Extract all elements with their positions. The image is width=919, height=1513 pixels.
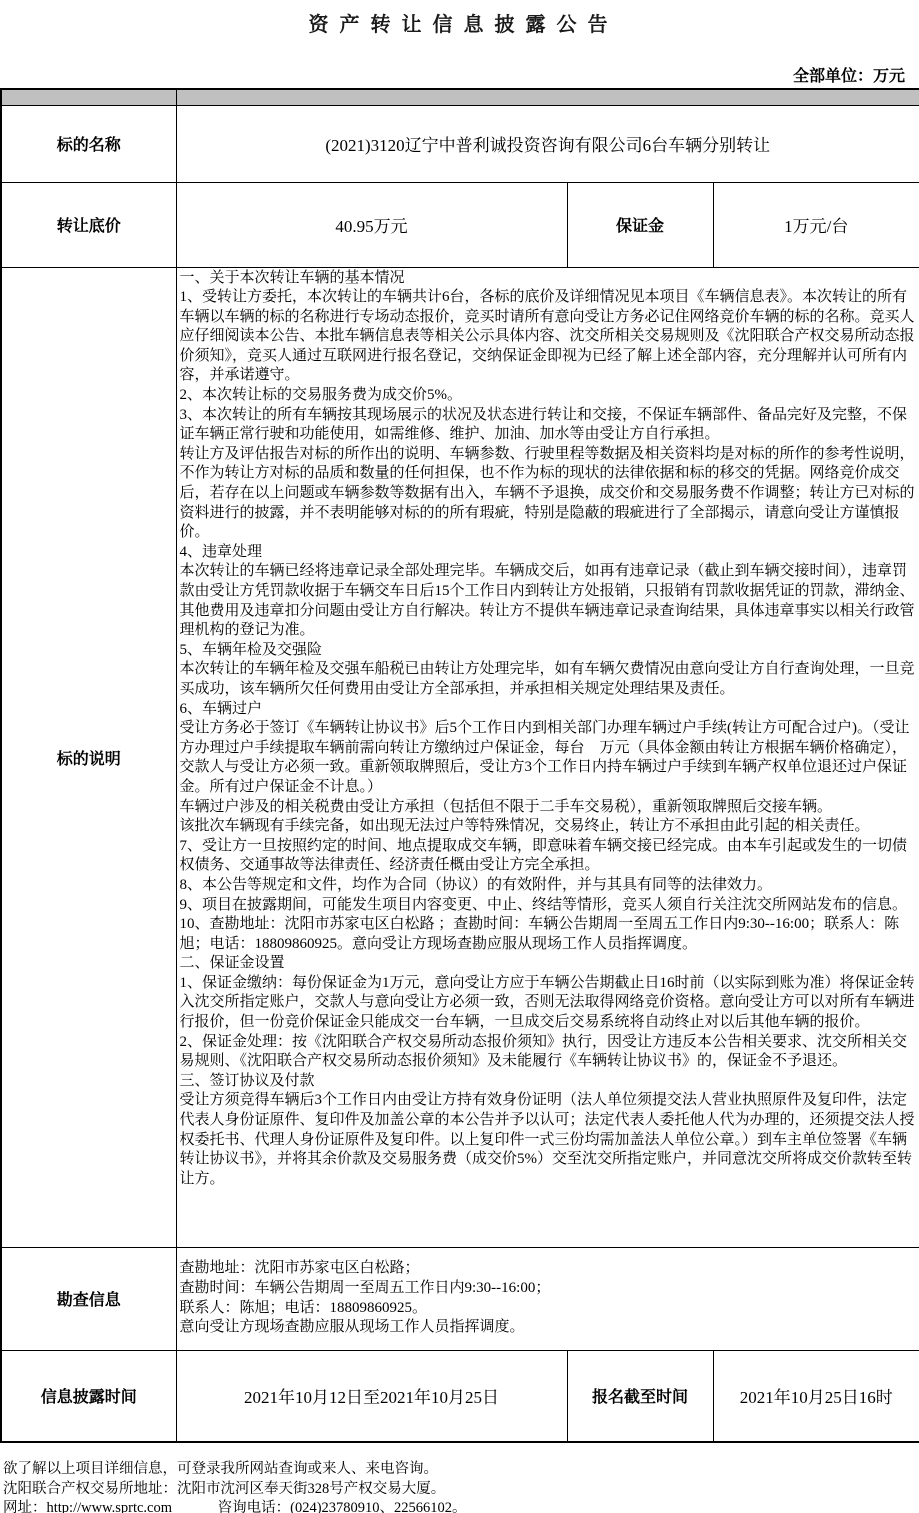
deposit-value: 1万元/台 — [713, 182, 919, 267]
survey-row: 勘查信息 查勘地址：沈阳市苏家屯区白松路； 查勘时间：车辆公告期周一至周五工作日… — [1, 1247, 919, 1350]
unit-note: 全部单位：万元 — [0, 68, 919, 86]
table-header-row — [1, 89, 919, 105]
base-price-label: 转让底价 — [1, 182, 176, 267]
header-cell-right — [176, 89, 919, 105]
survey-label: 勘查信息 — [1, 1247, 176, 1350]
disclosure-period-label: 信息披露时间 — [1, 1350, 176, 1442]
base-price-value: 40.95万元 — [176, 182, 567, 267]
disclosure-row: 信息披露时间 2021年10月12日至2021年10月25日 报名截至时间 20… — [1, 1350, 919, 1442]
footer-address-line: 沈阳联合产权交易所地址：沈阳市沈河区奉天街328号产权交易大厦。 — [3, 1480, 919, 1500]
registration-deadline-value: 2021年10月25日16时 — [713, 1350, 919, 1442]
page-title: 资 产 转 让 信 息 披 露 公 告 — [0, 0, 919, 37]
footer-contact-line: 网址：http://www.sprtc.com 咨询电话：(024)237809… — [3, 1499, 919, 1513]
survey-text: 查勘地址：沈阳市苏家屯区白松路； 查勘时间：车辆公告期周一至周五工作日内9:30… — [176, 1247, 919, 1350]
description-row: 标的说明 一、关于本次转让车辆的基本情况 1、受转让方委托，本次转让的车辆共计6… — [1, 267, 919, 1247]
disclosure-period-value: 2021年10月12日至2021年10月25日 — [176, 1350, 567, 1442]
description-text: 一、关于本次转让车辆的基本情况 1、受转让方委托，本次转让的车辆共计6台，各标的… — [176, 267, 919, 1247]
footer-phone: 咨询电话：(024)23780910、22566102。 — [218, 1500, 467, 1513]
subject-name-row: 标的名称 (2021)3120辽宁中普利诚投资咨询有限公司6台车辆分别转让 — [1, 105, 919, 182]
header-cell-left — [1, 89, 176, 105]
description-label: 标的说明 — [1, 267, 176, 1247]
announcement-table: 标的名称 (2021)3120辽宁中普利诚投资咨询有限公司6台车辆分别转让 转让… — [0, 88, 919, 1443]
footer: 欲了解以上项目详细信息，可登录我所网站查询或来人、来电咨询。 沈阳联合产权交易所… — [0, 1460, 919, 1513]
footer-website: 网址：http://www.sprtc.com — [3, 1500, 172, 1513]
subject-name-label: 标的名称 — [1, 105, 176, 182]
price-row: 转让底价 40.95万元 保证金 1万元/台 — [1, 182, 919, 267]
deposit-label: 保证金 — [567, 182, 713, 267]
registration-deadline-label: 报名截至时间 — [567, 1350, 713, 1442]
subject-name-value: (2021)3120辽宁中普利诚投资咨询有限公司6台车辆分别转让 — [176, 105, 919, 182]
footer-info-line: 欲了解以上项目详细信息，可登录我所网站查询或来人、来电咨询。 — [3, 1460, 919, 1480]
